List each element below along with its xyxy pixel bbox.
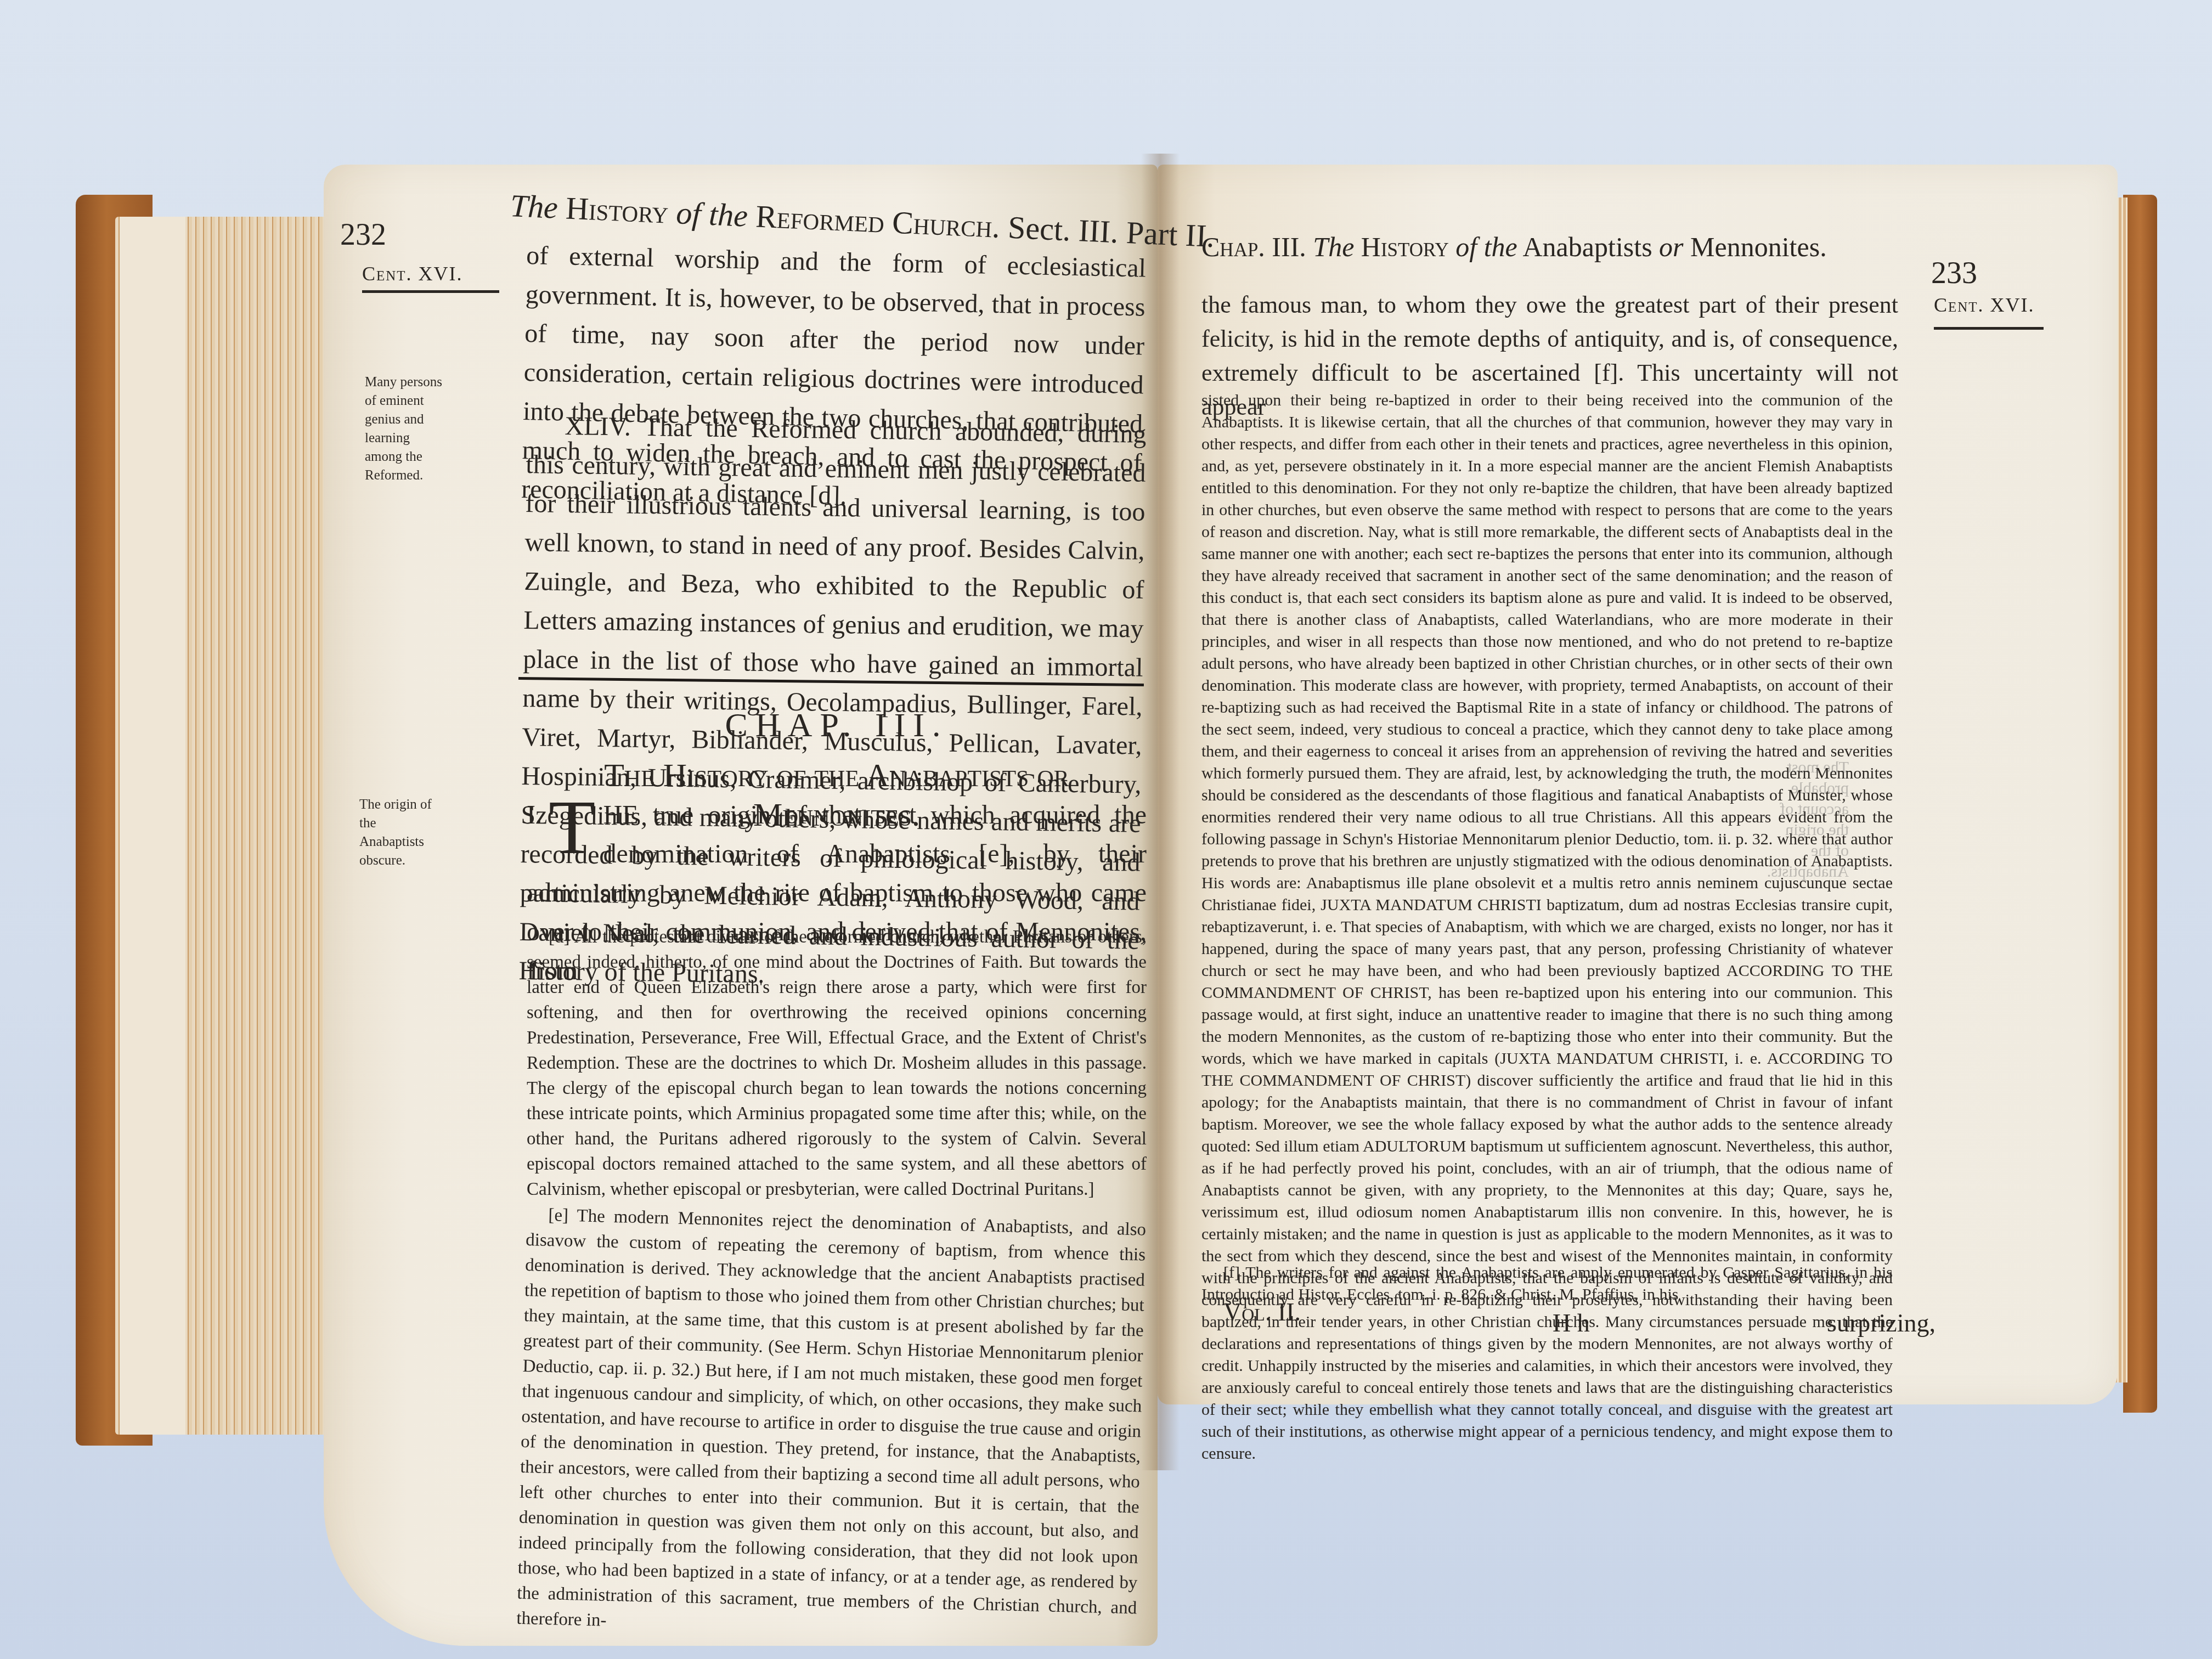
chapter-label: CHAP. III. [527, 705, 1147, 746]
drop-cap: T [549, 798, 596, 858]
century-label: Cent. XVI. [1934, 294, 2076, 317]
margin-note-eminent-men: Many persons of eminent genius and learn… [365, 373, 447, 485]
rh-subject2: Mennonites. [1690, 232, 1827, 262]
footnotes-left: [d] All the protestant divines of the Re… [527, 924, 1147, 1631]
volume-mark: Vol. II. [1223, 1297, 1301, 1327]
footnote-d: [d] All the protestant divines of the Re… [527, 924, 1147, 1202]
century-label: Cent. XVI. [362, 262, 527, 286]
rh-history: History [1361, 232, 1449, 262]
margin-note-origin: The origin of the Anabaptists obscure. [359, 795, 442, 870]
century-marker-left: Cent. XVI. [362, 262, 527, 293]
rh-of-the: of the [1455, 232, 1517, 262]
section-numeral: XLIV. [565, 411, 631, 442]
book-gutter [1141, 154, 1180, 1470]
rh-subject: Anabaptists [1523, 232, 1652, 262]
catchword: surprizing, [1827, 1308, 1936, 1338]
showthrough-margin-note: The most probable account of the origin … [1772, 757, 1849, 882]
signature-mark: H h [1553, 1308, 1590, 1338]
page-edges-left [115, 217, 340, 1435]
page-number-left: 232 [340, 217, 386, 253]
book-cover-right [2123, 195, 2157, 1413]
rh-or: or [1659, 232, 1683, 262]
footnote-f: [f] The writers for and against the Anab… [1201, 1262, 1893, 1306]
footnote-mark: [e] [548, 1205, 569, 1226]
flyleaf [120, 217, 185, 1435]
footnote-mark: [d] [549, 927, 569, 947]
rh-the: The [1313, 232, 1354, 262]
century-rule [1934, 327, 2044, 330]
footnote-text: All the protestant divines of the Reform… [527, 927, 1147, 1199]
page-number-right: 233 [1931, 255, 1977, 292]
rh-history: History [565, 190, 669, 230]
footnote-text: The writers for and against the Anabapti… [1201, 1263, 1893, 1304]
century-marker-right: Cent. XVI. [1934, 294, 2076, 330]
footnote-text: The modern Mennonites reject the denomin… [516, 1206, 1147, 1630]
section-numeral: I. [527, 795, 542, 834]
running-head-right: Chap. III. The History of the Anabaptist… [1201, 230, 1827, 263]
footnote-mark: [f] [1223, 1263, 1240, 1282]
footnote-e: [e] The modern Mennonites reject the den… [516, 1202, 1147, 1646]
rh-of-the: of the [675, 195, 748, 234]
rh-the: The [510, 188, 559, 225]
rh-chap: Chap. III. [1201, 232, 1306, 262]
century-rule [362, 290, 499, 293]
